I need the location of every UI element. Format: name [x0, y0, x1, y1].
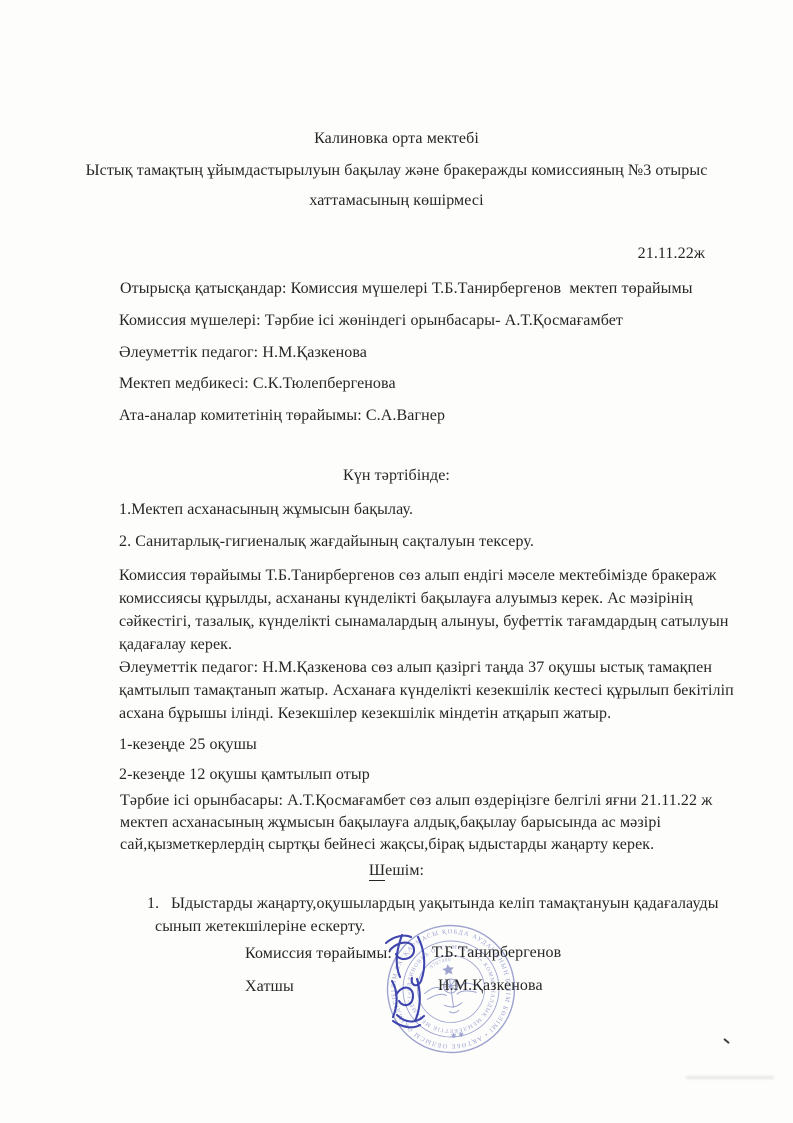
attendee-line: Әлеуметтік педагог: Н.М.Қазкенова — [119, 344, 367, 362]
decision-heading-underlined-letter: Ш — [369, 862, 385, 881]
agenda-item-2: 2. Санитарлық-гигиеналық жағдайының сақт… — [119, 533, 534, 551]
document-date: 21.11.22ж — [0, 245, 705, 263]
scan-artifact-smudge — [686, 1076, 774, 1079]
attendee-line: Отырысқа қатысқандар: Комиссия мүшелері … — [120, 280, 693, 298]
document-subtitle-line-2: хаттамасының көшірмесі — [0, 192, 793, 210]
paragraph-line: Әлеуметтік педагог: Н.М.Қазкенова сөз ал… — [119, 659, 712, 677]
paragraph-line: сәйкестігі, тазалық, күнделікті сынамала… — [119, 613, 729, 631]
agenda-item-1: 1.Мектеп асханасының жұмысын бақылау. — [119, 501, 413, 519]
attendee-line: Ата-аналар комитетінің төрайымы: С.А.Ваг… — [119, 407, 445, 425]
attendee-line: Мектеп медбикесі: С.К.Тюлепбергенова — [119, 375, 396, 393]
scan-artifact-tick — [723, 1038, 730, 1044]
paragraph-line: мектеп асханасының жұмысын бақылауға алд… — [120, 814, 661, 832]
decision-item-number: 1. — [147, 895, 159, 913]
document-title: Калиновка орта мектебі — [0, 130, 793, 148]
paragraph-line: комиссиясы құрылды, асхананы күнделікті … — [119, 590, 693, 608]
signature-row2-label: Хатшы — [245, 978, 294, 996]
attendee-line: Комиссия мүшелері: Тәрбие ісі жөніндегі … — [119, 312, 623, 330]
scanned-document-page: Калиновка орта мектебі Ыстық тамақтың ұй… — [0, 0, 793, 1123]
signature-scribble-1 — [386, 935, 424, 985]
signature-scribble-2 — [392, 979, 424, 1027]
document-subtitle-line-1: Ыстық тамақтың ұйымдастырылуын бақылау ж… — [0, 162, 793, 180]
decision-item-line: Ыдыстарды жаңарту,оқушылардың уақытында … — [171, 895, 719, 913]
paragraph-line: Комиссия төрайымы Т.Б.Танирбергенов сөз … — [119, 567, 716, 585]
decision-heading: Шешім: — [0, 862, 793, 880]
stage-line-1: 1-кезеңде 25 оқушы — [119, 736, 257, 754]
paragraph-line: қамтылып тамақтанып жатыр. Асханаға күнд… — [119, 682, 734, 700]
stage-line-2: 2-кезеңде 12 оқушы қамтылып отыр — [119, 766, 370, 784]
paragraph-line: Тәрбие ісі орынбасары: А.Т.Қосмағамбет с… — [120, 792, 712, 810]
handwritten-signatures — [360, 915, 485, 1040]
paragraph-line: қадағалау керек. — [119, 636, 232, 654]
decision-item-line: сынып жетекшілеріне ескерту. — [155, 918, 365, 936]
paragraph-line: асхана бұрышы ілінді. Кезекшілер кезекші… — [119, 705, 611, 723]
decision-heading-rest: ешім: — [385, 862, 424, 879]
paragraph-line: сай,қызметкерлердің сыртқы бейнесі жақсы… — [120, 836, 654, 854]
agenda-heading: Күн тәртібінде: — [0, 467, 793, 485]
